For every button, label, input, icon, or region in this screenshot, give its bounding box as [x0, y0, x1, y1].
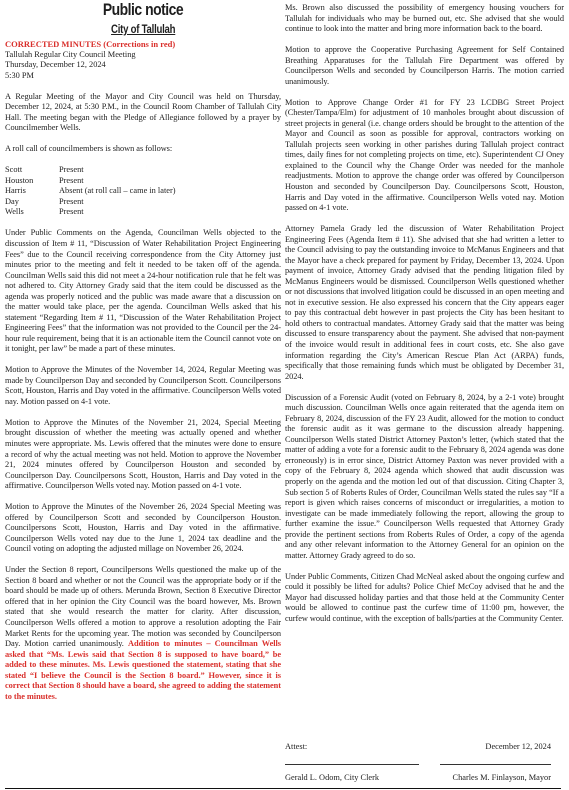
- change-order-paragraph: Motion to Approve Change Order #1 for FY…: [285, 98, 564, 214]
- motion-nov21-paragraph: Motion to Approve the Minutes of the Nov…: [5, 418, 281, 492]
- masthead-subtitle: City of Tallulah: [111, 23, 175, 35]
- roll-call-row: ScottPresent: [5, 165, 281, 176]
- masthead-title: Public notice: [103, 1, 183, 19]
- curfew-paragraph: Under Public Comments, Citizen Chad McNe…: [285, 572, 564, 625]
- attendance-status: Present: [59, 207, 84, 218]
- corrected-minutes-label: CORRECTED MINUTES (Corrections in red): [5, 39, 281, 50]
- clerk-name: Gerald L. Odom, City Clerk: [285, 773, 379, 782]
- clerk-signature-line: [285, 764, 419, 765]
- mayor-signature-line: [440, 764, 551, 765]
- motion-nov14-paragraph: Motion to Approve the Minutes of the Nov…: [5, 365, 281, 407]
- roll-call-row: HarrisAbsent (at roll call – came in lat…: [5, 186, 281, 197]
- councilmember-name: Wells: [5, 207, 59, 218]
- section8-paragraph: Under the Section 8 report, Councilperso…: [5, 565, 281, 702]
- forensic-audit-paragraph: Discussion of a Forensic Audit (voted on…: [285, 393, 564, 562]
- public-comments-agenda-paragraph: Under Public Comments on the Agenda, Cou…: [5, 228, 281, 355]
- signature-date: December 12, 2024: [485, 742, 551, 751]
- councilmember-name: Harris: [5, 186, 59, 197]
- roll-call-row: HoustonPresent: [5, 176, 281, 187]
- councilmember-name: Day: [5, 197, 59, 208]
- roll-call-row: DayPresent: [5, 197, 281, 208]
- roll-call-intro: A roll call of councilmembers is shown a…: [5, 144, 281, 155]
- engineering-fees-paragraph: Attorney Pamela Grady led the discussion…: [285, 224, 564, 382]
- councilmember-name: Scott: [5, 165, 59, 176]
- section8-text: Under the Section 8 report, Councilperso…: [5, 565, 281, 648]
- attest-row: Attest: December 12, 2024: [285, 742, 551, 751]
- attest-label: Attest:: [285, 742, 307, 751]
- section8-correction: Addition to minutes – Councilman Wells a…: [5, 639, 281, 701]
- public-notice-page: Public notice City of Tallulah CORRECTED…: [0, 0, 569, 790]
- signatory-names: Gerald L. Odom, City Clerk Charles M. Fi…: [285, 773, 551, 782]
- roll-call-list: ScottPresent HoustonPresent HarrisAbsent…: [5, 165, 281, 218]
- intro-paragraph: A Regular Meeting of the Mayor and City …: [5, 92, 281, 134]
- meeting-time: 5:30 PM: [5, 71, 281, 82]
- right-column: Ms. Brown also discussed the possibility…: [285, 3, 564, 635]
- mayor-name: Charles M. Finlayson, Mayor: [453, 773, 552, 782]
- housing-vouchers-paragraph: Ms. Brown also discussed the possibility…: [285, 3, 564, 35]
- attendance-status: Absent (at roll call – came in later): [59, 186, 176, 197]
- attendance-status: Present: [59, 197, 84, 208]
- masthead: Public notice City of Tallulah: [5, 0, 281, 38]
- meeting-date: Thursday, December 12, 2024: [5, 60, 281, 71]
- attendance-status: Present: [59, 165, 84, 176]
- roll-call-row: WellsPresent: [5, 207, 281, 218]
- councilmember-name: Houston: [5, 176, 59, 187]
- meeting-name: Tallulah Regular City Council Meeting: [5, 50, 281, 61]
- motion-nov26-paragraph: Motion to Approve the Minutes of the Nov…: [5, 502, 281, 555]
- purchasing-agreement-paragraph: Motion to approve the Cooperative Purcha…: [285, 45, 564, 87]
- bottom-rule: [5, 788, 561, 789]
- left-column: Public notice City of Tallulah CORRECTED…: [5, 0, 281, 713]
- attendance-status: Present: [59, 176, 84, 187]
